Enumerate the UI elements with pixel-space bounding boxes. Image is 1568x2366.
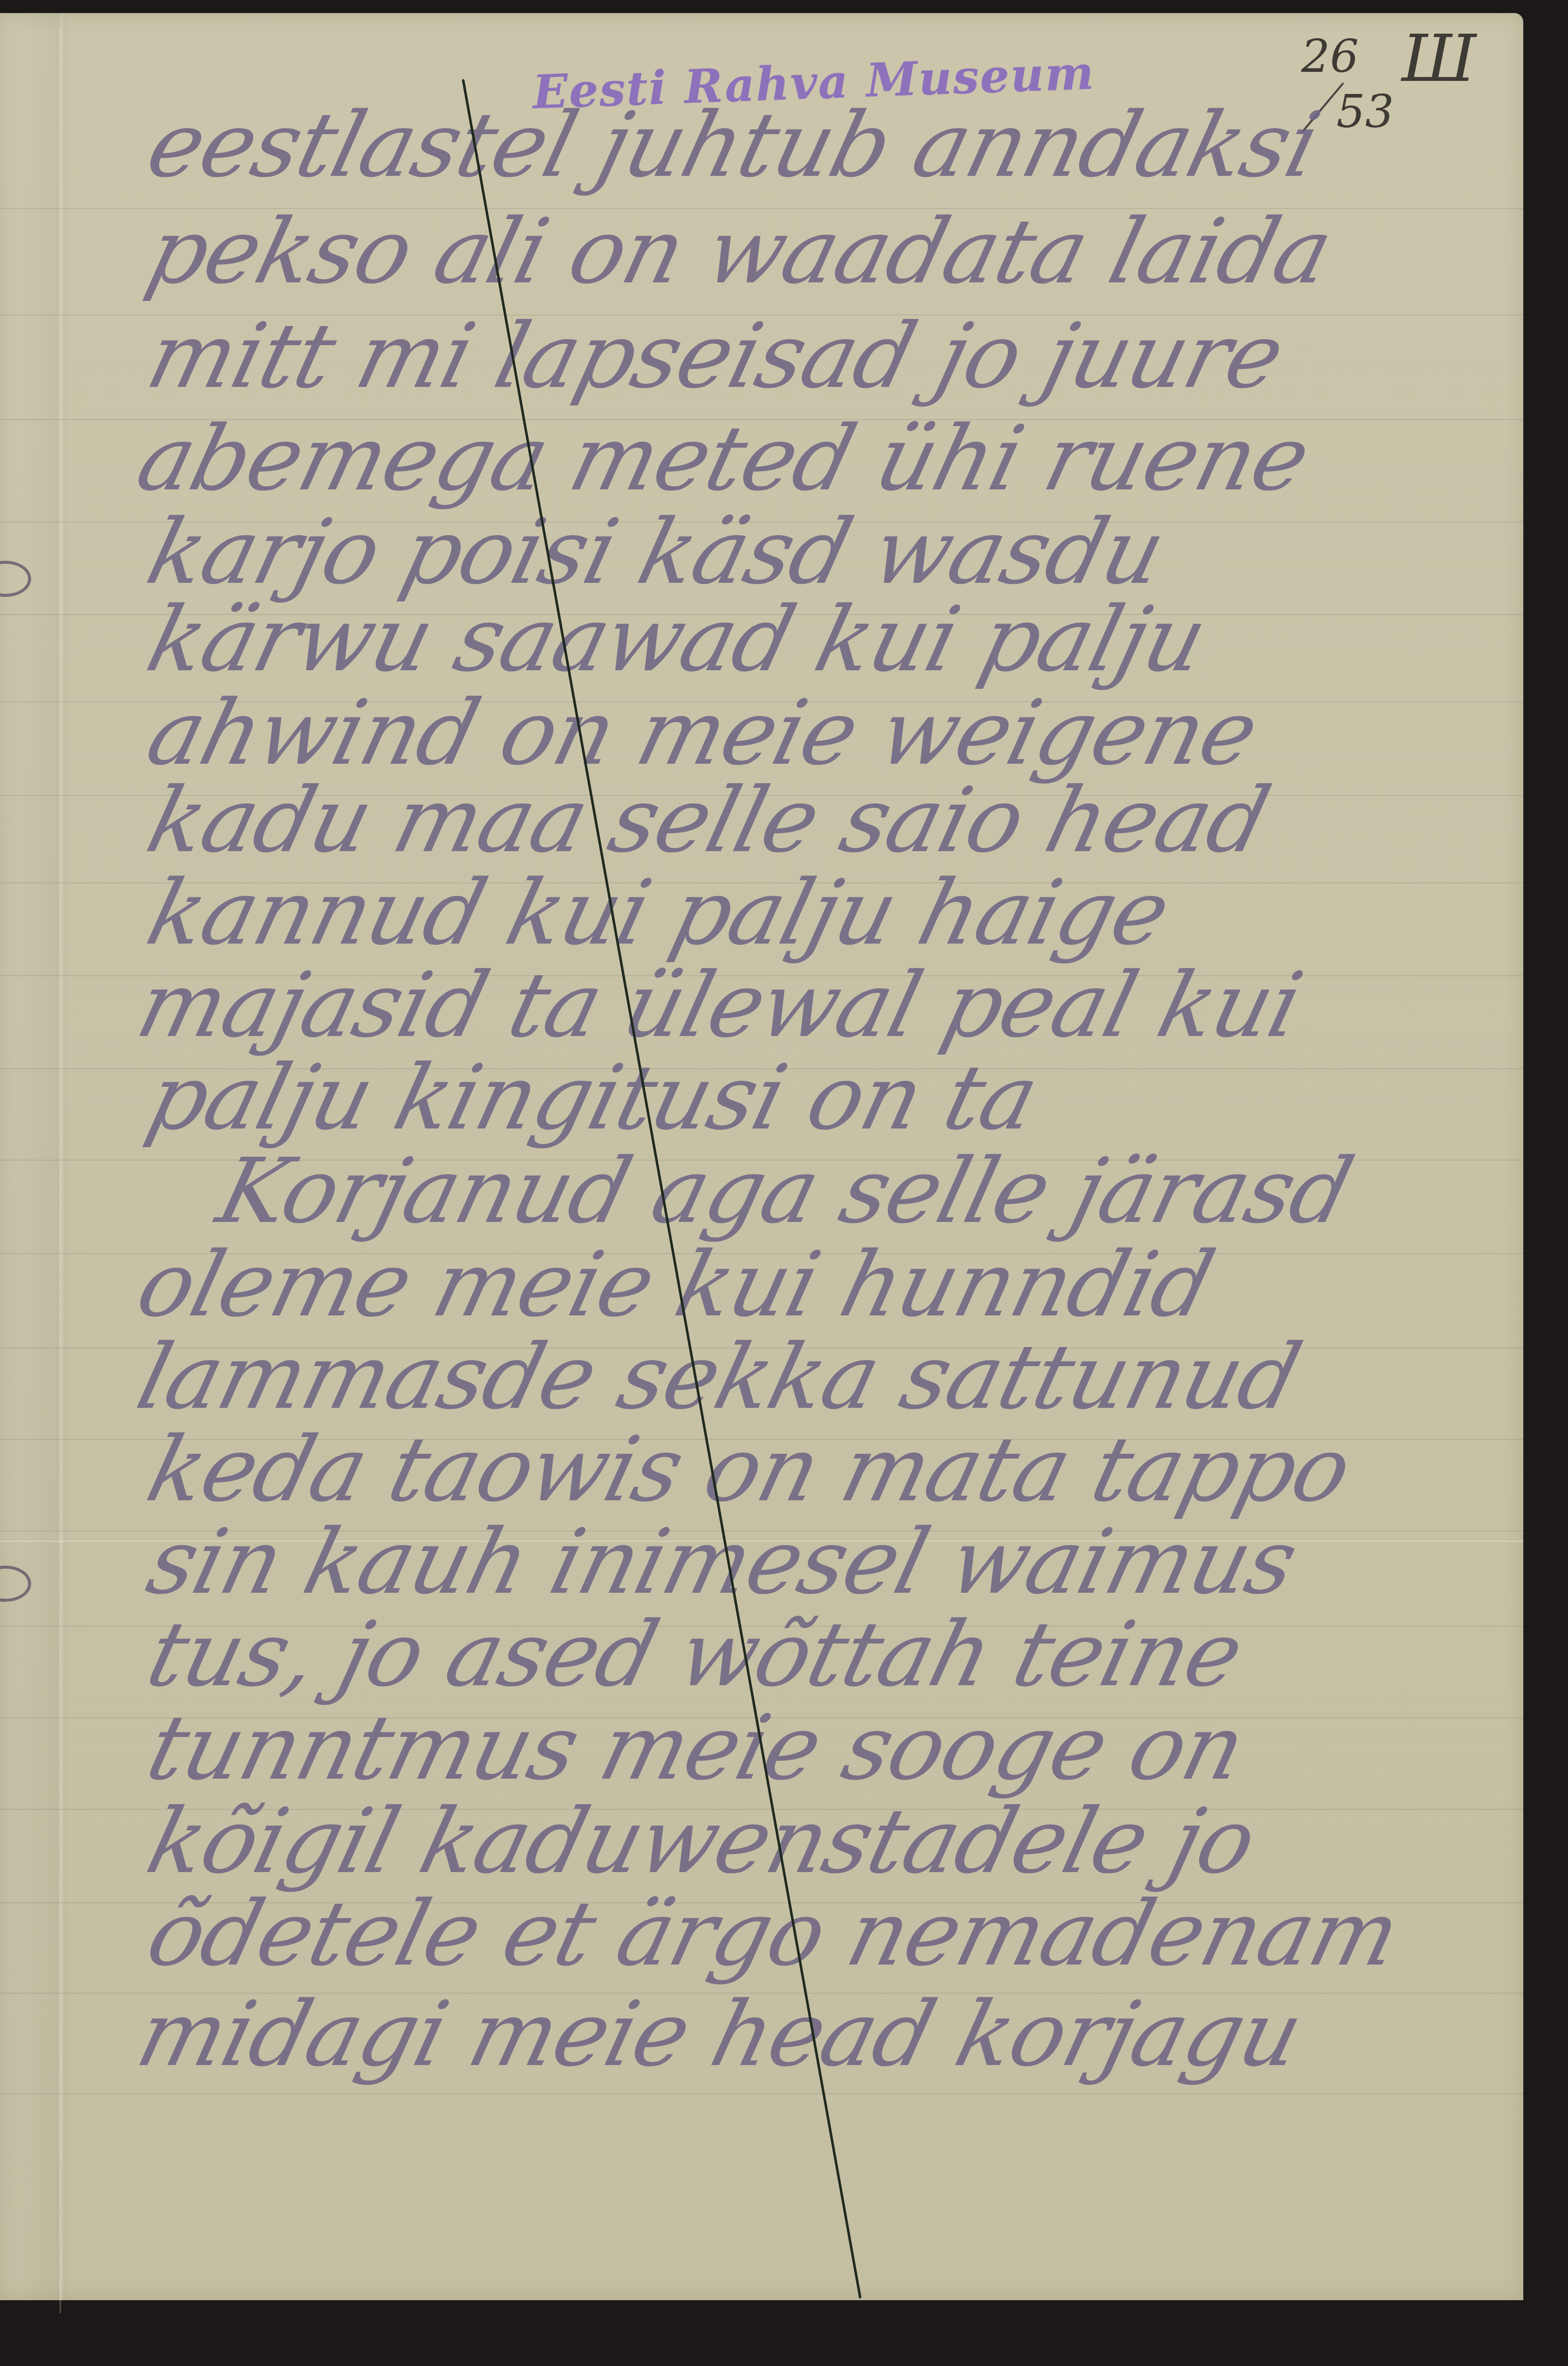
handwritten-line: tus, jo ased wõttah teine bbox=[140, 1610, 1250, 1699]
handwritten-line: sin kauh inimesel waimus bbox=[140, 1517, 1305, 1607]
handwritten-line: Korjanud aga selle järasd bbox=[210, 1147, 1360, 1236]
handwritten-line: abemega meted ühi ruene bbox=[130, 414, 1317, 503]
handwritten-line: karjo poisi käsd wasdu bbox=[140, 507, 1173, 597]
handwritten-line: kõigil kaduwenstadele jo bbox=[140, 1797, 1264, 1886]
handwritten-line: palju kingitusi on ta bbox=[140, 1053, 1046, 1143]
handwritten-line: kannud kui palju haige bbox=[140, 868, 1177, 958]
handwritten-line: lammasde sekka sattunud bbox=[130, 1332, 1308, 1422]
handwritten-line: keda taowis on mata tappo bbox=[140, 1425, 1359, 1514]
ruled-line bbox=[0, 2093, 1523, 2094]
handwritten-line: ahwind on meie weigene bbox=[140, 688, 1266, 778]
margin-loop-mark bbox=[0, 561, 31, 597]
handwritten-line: kadu maa selle saio head bbox=[140, 776, 1277, 865]
vertical-fold-crease bbox=[59, 26, 61, 2313]
handwritten-line: oleme meie kui hunndid bbox=[130, 1240, 1221, 1329]
archive-number-top: 26 bbox=[1301, 30, 1359, 83]
handwritten-line: õdetele et ärgo nemadenam bbox=[140, 1889, 1407, 1979]
archive-mark: Ш bbox=[1402, 20, 1476, 96]
handwritten-line: tunntmus meie sooge on bbox=[140, 1703, 1252, 1793]
handwritten-line: midagi meie head korjagu bbox=[130, 1990, 1310, 2079]
handwritten-line: pekso ali on waadata laida bbox=[140, 207, 1340, 296]
margin-loop-mark bbox=[0, 1566, 31, 1602]
handwritten-line: majasid ta ülewal peal kui bbox=[130, 961, 1310, 1050]
handwritten-line: eestlastel juhtub anndaksi bbox=[140, 100, 1327, 190]
archive-number-bottom: 53 bbox=[1336, 85, 1394, 138]
handwritten-line: mitt mi lapseisad jo juure bbox=[140, 312, 1291, 401]
handwritten-line: kärwu saawad kui palju bbox=[140, 595, 1214, 684]
